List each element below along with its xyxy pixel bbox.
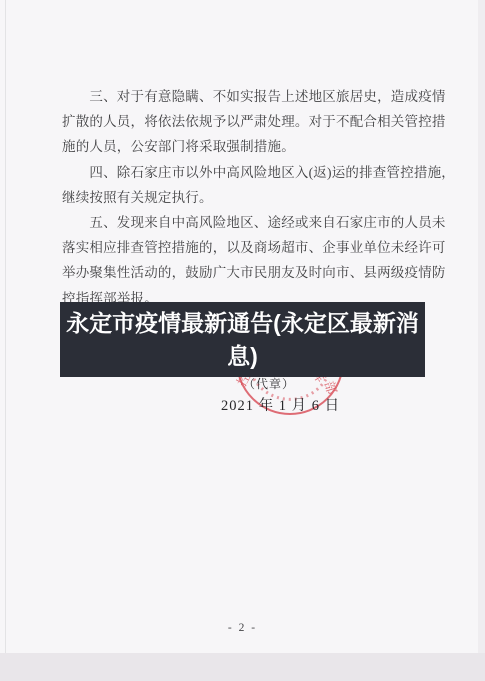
page-number: - 2 - <box>0 622 485 634</box>
document-line: 三、对于有意隐瞒、不如实报告上述地区旅居史，造成疫情 <box>62 84 432 109</box>
document-line: 举办聚集性活动的，鼓励广大市民朋友及时向市、县两级疫情防 <box>62 260 432 285</box>
document-line: 扩散的人员，将依法依规予以严肃处理。对于不配合相关管控措 <box>62 109 432 134</box>
document-body: 三、对于有意隐瞒、不如实报告上述地区旅居史，造成疫情 扩散的人员，将依法依规予以… <box>62 84 432 311</box>
document-line: 继续按照有关规定执行。 <box>62 185 432 210</box>
document-date: 2021 年 1 月 6 日 <box>221 394 340 415</box>
document-line: 施的人员，公安部门将采取强制措施。 <box>62 134 432 159</box>
scan-edge-line <box>5 0 6 653</box>
scan-bottom-edge <box>0 653 485 681</box>
stamp-paren-note: （代章） <box>243 375 295 392</box>
scanned-notice-page: { "colors": { "banner_bg": "#2b2e37", "b… <box>0 0 485 681</box>
document-line: 落实相应排查管控措施的，以及商场超市、企事业单位未经许可 <box>62 235 432 260</box>
overlay-banner: 永定市疫情最新通告(永定区最新消息) <box>60 302 425 377</box>
banner-title: 永定市疫情最新通告(永定区最新消息) <box>63 307 423 373</box>
document-line: 四、除石家庄市以外中高风险地区入(返)运的排查管控措施， <box>62 160 432 185</box>
scan-right-edge <box>478 0 485 653</box>
document-line: 五、发现来自中高风险地区、途经或来自石家庄市的人员未 <box>62 210 432 235</box>
